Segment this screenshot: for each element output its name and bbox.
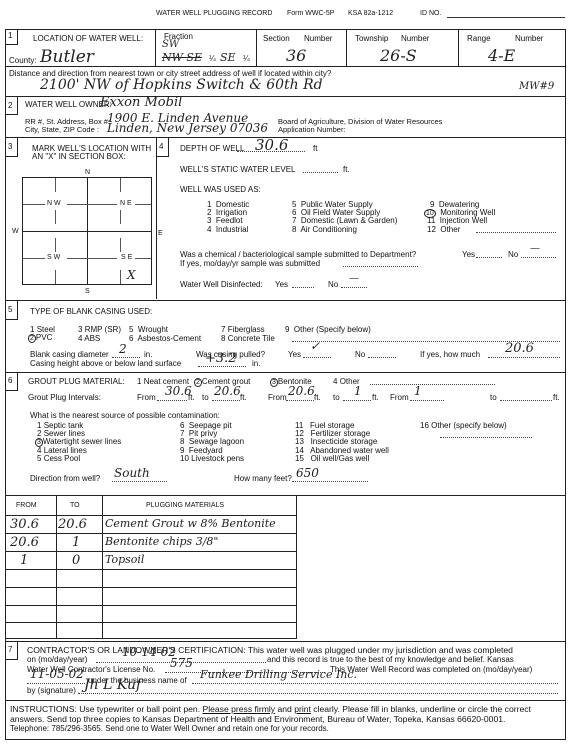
selected-circle: 2	[28, 334, 36, 343]
ft-label: ft.	[372, 393, 379, 402]
owner-field[interactable]: Exxon Mobil	[100, 95, 182, 110]
use-option[interactable]: 4 Industrial	[207, 225, 248, 234]
from-label: From	[268, 393, 287, 402]
row-divider	[6, 533, 296, 534]
section-2-number: 2	[5, 96, 18, 115]
casing-option[interactable]: 3 RMP (SR)	[78, 325, 121, 334]
height-field[interactable]: +3.2	[205, 351, 237, 366]
record-date-field[interactable]: 11-05-02	[30, 667, 84, 681]
row-2-to[interactable]: 1	[72, 535, 80, 550]
sample-yes-field[interactable]	[476, 248, 502, 258]
depth-label: DEPTH OF WELL	[180, 144, 244, 153]
row-divider	[6, 515, 296, 516]
fraction-top[interactable]: SW	[162, 39, 179, 50]
divider	[155, 29, 156, 66]
fraction-field-1[interactable]: NW SE	[162, 51, 202, 64]
row-divider	[6, 605, 296, 606]
pulled-no-label: No	[355, 350, 365, 359]
sample-no-label: No	[508, 250, 518, 259]
grid-tick	[67, 258, 117, 259]
divider	[5, 96, 566, 97]
location-label: LOCATION OF WATER WELL:	[33, 34, 143, 43]
diameter-field[interactable]: 2	[119, 342, 127, 356]
township-number-label: Number	[401, 34, 429, 43]
from-label: From	[137, 393, 156, 402]
sample-date-field[interactable]	[343, 257, 418, 267]
row-1-material[interactable]: Cement Grout w 8% Bentonite	[105, 517, 276, 530]
row-3-from[interactable]: 1	[20, 553, 28, 568]
casing-option-selected[interactable]: 2PVC	[28, 333, 52, 343]
casing-option[interactable]: 5 Wrought	[129, 325, 168, 334]
quarter-2: ¼	[243, 54, 250, 63]
signature-field[interactable]: Jh L Kuf	[84, 677, 141, 693]
divider	[5, 372, 566, 373]
depth-field[interactable]: 30.6	[255, 136, 288, 154]
section-number-label: Number	[304, 34, 332, 43]
interval-3-to[interactable]	[500, 391, 552, 401]
business-field[interactable]: Funkee Drilling Service Inc.	[200, 668, 357, 681]
fraction-field-2[interactable]: SE	[220, 51, 236, 64]
sw-label: S W	[47, 254, 60, 261]
direction-label: Direction from well?	[30, 474, 100, 483]
grid-tick	[135, 258, 151, 259]
grid-tick	[120, 270, 121, 284]
section-4-number: 4	[156, 137, 169, 157]
section-grid[interactable]: N W N E S W S E X	[22, 177, 152, 285]
township-field[interactable]: 26-S	[380, 46, 417, 65]
use-option[interactable]: 8 Air Conditioning	[292, 225, 357, 234]
pulled-no-field[interactable]	[368, 348, 396, 358]
row-2-from[interactable]: 20.6	[10, 535, 39, 550]
instructions-line-1: INSTRUCTIONS: Use typewriter or ball poi…	[10, 704, 531, 714]
pulled-yes-label: Yes	[288, 350, 301, 359]
section-7-number: 7	[5, 641, 18, 660]
divider	[5, 300, 566, 301]
divider	[156, 137, 157, 299]
id-field[interactable]	[447, 17, 565, 18]
grid-tick	[135, 204, 151, 205]
how-much-label: If yes, how much	[420, 350, 480, 359]
well-location-mark[interactable]: X	[127, 268, 136, 282]
static-level-field[interactable]	[303, 163, 338, 173]
from-label: From	[390, 393, 409, 402]
county-label: County:	[9, 56, 37, 65]
casing-title: TYPE OF BLANK CASING USED:	[30, 307, 152, 316]
grid-tick	[120, 238, 121, 252]
grout-other-field[interactable]	[370, 375, 495, 385]
contamination-question: What is the nearest source of possible c…	[30, 411, 220, 420]
row-2-material[interactable]: Bentonite chips 3/8"	[105, 535, 218, 548]
grid-tick	[55, 178, 56, 192]
grid-tick	[120, 178, 121, 192]
range-number-label: Number	[515, 34, 543, 43]
feet-label: How many feet?	[234, 474, 292, 483]
sample-no-mark: —	[530, 243, 540, 254]
row-divider	[6, 587, 296, 588]
source-option[interactable]: 15 Oil well/Gas well	[295, 454, 369, 463]
ne-label: N E	[120, 200, 132, 207]
form-title: WATER WELL PLUGGING RECORD	[156, 10, 272, 17]
row-3-to[interactable]: 0	[72, 553, 80, 568]
row-1-to[interactable]: 20.6	[58, 517, 87, 532]
grid-tick	[67, 204, 117, 205]
press-firmly: Please press firmly	[202, 704, 275, 714]
use-option[interactable]: 7 Domestic (Lawn & Garden)	[292, 216, 397, 225]
source-other-field[interactable]	[440, 428, 532, 438]
casing-option[interactable]: 6 Asbestos-Cement	[129, 334, 201, 343]
row-1-from[interactable]: 30.6	[10, 517, 39, 532]
grid-tick	[55, 270, 56, 284]
row-divider	[6, 569, 296, 570]
depth-unit: ft	[313, 144, 317, 153]
range-label: Range	[467, 34, 491, 43]
casing-option[interactable]: 7 Fiberglass	[221, 325, 265, 334]
col-divider	[102, 496, 103, 638]
instructions-line-3: Telephone: 785/296-3565. Send one to Wat…	[10, 724, 329, 733]
grid-tick	[23, 258, 45, 259]
range-field[interactable]: 4-E	[488, 46, 515, 65]
row-3-material[interactable]: Topsoil	[105, 553, 144, 566]
print-word: print	[294, 704, 311, 714]
section-1-number: 1	[5, 29, 18, 45]
casing-option[interactable]: 4 ABS	[78, 334, 100, 343]
owner-label: WATER WELL OWNER:	[25, 100, 112, 109]
grid-tick	[120, 210, 121, 224]
divider	[5, 641, 566, 642]
source-option[interactable]: 5 Cess Pool	[37, 454, 80, 463]
use-other-field[interactable]	[476, 223, 556, 233]
distance-field[interactable]: 2100' NW of Hopkins Switch & 60th Rd	[40, 77, 323, 93]
interval-2-to[interactable]: 1	[354, 384, 362, 398]
se-label: S E	[121, 254, 132, 261]
license-field[interactable]: 575	[170, 656, 193, 670]
disinfected-no-mark: —	[349, 273, 359, 284]
disinfected-yes-label: Yes	[275, 280, 288, 289]
use-option[interactable]: 12 Other	[427, 225, 460, 234]
source-option[interactable]: 13 Insecticide storage	[295, 437, 377, 446]
sample-date-label: If yes, mo/day/yr sample was submitted	[180, 259, 320, 268]
ft-label: ft.	[240, 393, 247, 402]
well-id[interactable]: MW#9	[519, 81, 554, 92]
static-level-unit: ft.	[343, 165, 350, 174]
divider	[346, 29, 347, 66]
use-option[interactable]: 3 Feedlot	[207, 216, 243, 225]
source-option[interactable]: 10 Livestock pens	[180, 454, 244, 463]
section-5-number: 5	[5, 300, 18, 320]
grid-tick	[55, 238, 56, 252]
disinfected-no-label: No	[328, 280, 338, 289]
north-label: N	[85, 169, 90, 176]
height-label: Casing height above or below land surfac…	[30, 359, 181, 368]
statute: KSA 82a-1212	[348, 10, 393, 17]
divider	[5, 700, 566, 701]
direction-field[interactable]: South	[114, 466, 150, 480]
header-to: TO	[70, 502, 80, 509]
ft-label: ft.	[188, 393, 195, 402]
west-label: W	[12, 228, 19, 235]
diameter-label: Blank casing diameter	[30, 350, 109, 359]
ft-label: ft.	[553, 393, 560, 402]
nw-label: N W	[47, 200, 61, 207]
divider	[256, 29, 257, 66]
header-from: FROM	[16, 502, 37, 509]
completed-on-label: on (mo/day/year)	[27, 655, 87, 664]
section-field[interactable]: 36	[286, 46, 306, 65]
selected-circle: 2	[194, 378, 202, 387]
used-as-label: WELL WAS USED AS:	[180, 185, 261, 194]
source-option[interactable]: 8 Sewage lagoon	[180, 437, 244, 446]
grout-label: GROUT PLUG MATERIAL:	[28, 377, 125, 386]
row-divider	[6, 551, 296, 552]
grid-line	[23, 231, 151, 232]
section-3-number: 3	[5, 137, 18, 157]
township-label: Township	[355, 34, 388, 43]
interval-2-from[interactable]: 20.6	[288, 384, 315, 398]
section-label: Section	[263, 34, 290, 43]
record-completed-label: This Water Well Record was completed on …	[330, 665, 532, 674]
south-label: S	[85, 288, 90, 295]
instructions-line-2: answers. Send top three copies to Kansas…	[10, 714, 505, 724]
grid-tick	[23, 204, 45, 205]
col-divider	[56, 496, 57, 638]
signature-label: by (signature)	[27, 686, 76, 695]
form-number: Form WWC-5P	[287, 10, 334, 17]
id-label: ID NO.	[420, 10, 441, 17]
county-field[interactable]: Butler	[40, 47, 94, 67]
interval-1-to[interactable]: 20.6	[214, 384, 241, 398]
city-label: City, State, ZIP Code :	[25, 125, 99, 134]
disinfected-label: Water Well Disinfected:	[180, 280, 263, 289]
row-divider	[6, 622, 296, 623]
application-label: Application Number:	[278, 125, 346, 134]
completed-date-field[interactable]: 10-14-02	[122, 645, 176, 659]
diameter-unit: in.	[144, 350, 152, 359]
divider	[458, 29, 459, 66]
grid-tick	[55, 210, 56, 224]
to-label: to	[202, 393, 209, 402]
sample-yes-label: Yes	[462, 250, 475, 259]
disinfected-yes-field[interactable]	[292, 278, 314, 288]
ft-label: ft.	[314, 393, 321, 402]
signature-dots	[78, 684, 558, 694]
quarter-1: ¼	[209, 54, 216, 63]
casing-option[interactable]: 8 Concrete Tile	[221, 334, 275, 343]
pulled-yes-mark: ✓	[310, 339, 320, 353]
header-materials: PLUGGING MATERIALS	[146, 502, 224, 509]
city-field[interactable]: Linden, New Jersey 07036	[107, 121, 268, 135]
plugging-table: FROM TO PLUGGING MATERIALS 30.6 20.6 Cem…	[6, 496, 297, 639]
to-label: to	[333, 393, 340, 402]
how-much-field[interactable]: 20.6	[505, 341, 534, 356]
intervals-label: Grout Plug Intervals:	[28, 393, 101, 402]
section-box-title-2: AN "X" IN SECTION BOX:	[32, 152, 126, 161]
east-label: E	[158, 230, 163, 237]
to-label: to	[490, 393, 497, 402]
section-6-number: 6	[5, 372, 18, 391]
feet-field[interactable]: 650	[296, 466, 319, 480]
static-level-label: WELL'S STATIC WATER LEVEL	[180, 165, 295, 174]
height-unit: in.	[252, 359, 260, 368]
interval-3-from[interactable]: 1	[414, 384, 422, 398]
divider	[5, 66, 566, 67]
selected-circle: 3	[270, 378, 278, 387]
